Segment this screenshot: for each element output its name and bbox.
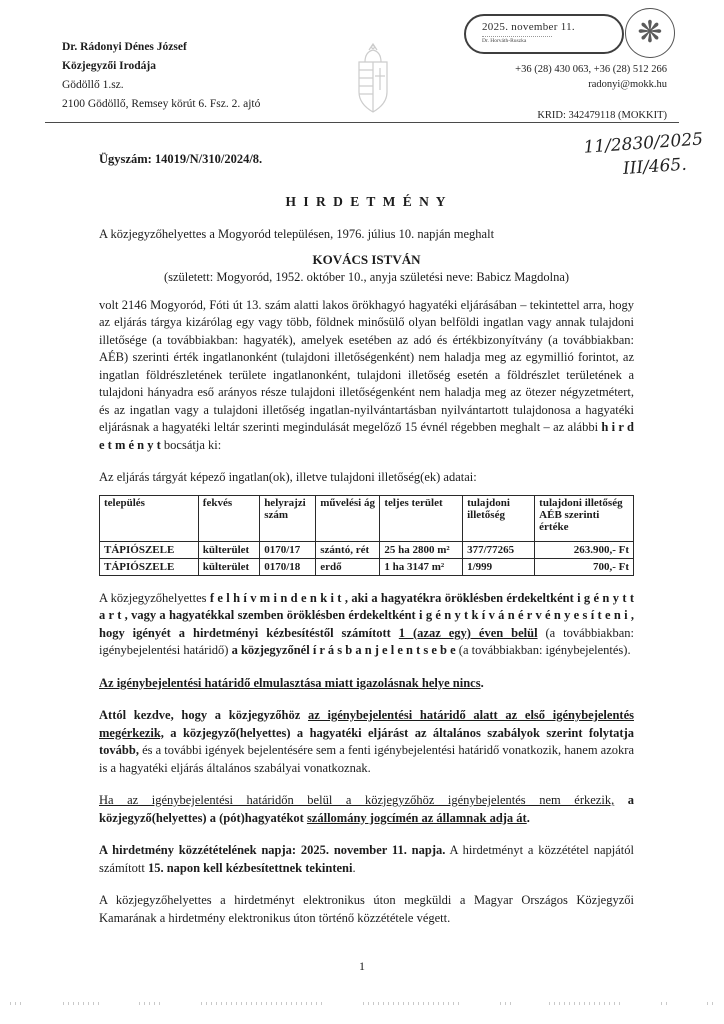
contact-block: +36 (28) 430 063, +36 (28) 512 266 radon… [515, 62, 667, 92]
text-segment: Attól kezdve, hogy a közjegyzőhöz [99, 708, 308, 722]
office-street-address: 2100 Gödöllő, Remsey körút 6. Fsz. 2. aj… [62, 95, 260, 114]
deceased-birth-details: (született: Mogyoród, 1952. október 10.,… [99, 269, 634, 287]
email-address: radonyi@mokk.hu [515, 77, 667, 92]
estate-assets-table: település fekvés helyrajzi szám művelési… [99, 495, 634, 576]
no-claim-consequence-paragraph: Ha az igénybejelentési határidőn belül a… [99, 792, 634, 827]
table-body: TÁPIÓSZELEkülterület0170/17szántó, rét25… [100, 541, 634, 575]
stamp-signer: Dr. Horváth-Ruszka [482, 36, 552, 44]
text-segment: bocsátja ki: [161, 438, 221, 452]
document-body: Ügyszám: 14019/N/310/2024/8. H I R D E T… [99, 152, 634, 927]
text-segment: aki a hagyatékra öröklésben érdekeltként [351, 591, 577, 605]
text-segment: volt 2146 Mogyoród, Fóti út 13. szám ala… [99, 298, 634, 435]
text-segment: és a további igények bejelentésére sem a… [99, 743, 634, 775]
text-segment: i g é n y t k í v á n é r v é n y e s í … [419, 608, 634, 622]
text-segment: f e l h í v m i n d e n k i t , [210, 591, 351, 605]
text-segment: hogy igényét a hirdetményi kézbesítéstől… [99, 626, 399, 640]
office-name: Közjegyzői Irodája [62, 57, 260, 76]
text-segment: Az igénybejelentési határidő elmulasztás… [99, 676, 481, 690]
col-header-settlement: település [100, 495, 199, 541]
procedure-background-paragraph: volt 2146 Mogyoród, Fóti út 13. szám ala… [99, 297, 634, 455]
date-stamp: 2025. november 11. Dr. Horváth-Ruszka [464, 14, 624, 54]
col-header-aeb-value: tulajdoni illetőség AÉB szerinti értéke [535, 495, 634, 541]
text-segment: Ha az igénybejelentési határidőn belül a… [99, 793, 614, 807]
electronic-publication-paragraph: A közjegyzőhelyettes a hirdetményt elekt… [99, 892, 634, 927]
table-cell: 700,- Ft [535, 558, 634, 575]
notary-name: Dr. Rádonyi Dénes József [62, 38, 260, 57]
text-segment: . [352, 861, 355, 875]
deadline-warning-paragraph: Az igénybejelentési határidő elmulasztás… [99, 675, 634, 693]
table-cell: külterület [198, 541, 259, 558]
text-segment: a közjegyzőnél [232, 643, 313, 657]
page-number: 1 [0, 959, 724, 974]
table-cell: 25 ha 2800 m² [380, 541, 463, 558]
table-row: TÁPIÓSZELEkülterület0170/18erdő1 ha 3147… [100, 558, 634, 575]
assets-table-intro: Az eljárás tárgyát képező ingatlan(ok), … [99, 469, 634, 487]
table-cell: 1 ha 3147 m² [380, 558, 463, 575]
table-cell: 0170/17 [260, 541, 316, 558]
table-header-row: település fekvés helyrajzi szám művelési… [100, 495, 634, 541]
text-segment: (a továbbiakban: igénybejelentés). [459, 643, 631, 657]
scanned-document-page: Dr. Rádonyi Dénes József Közjegyzői Irod… [0, 0, 724, 1024]
table-cell: TÁPIÓSZELE [100, 541, 199, 558]
table-cell: 377/77265 [463, 541, 535, 558]
col-header-ownership-share: tulajdoni illetőség [463, 495, 535, 541]
text-segment: A hirdetmény közzétételének napja: 2025.… [99, 843, 445, 857]
col-header-total-area: teljes terület [380, 495, 463, 541]
col-header-parcel-number: helyrajzi szám [260, 495, 316, 541]
table-cell: 0170/18 [260, 558, 316, 575]
table-cell: erdő [316, 558, 380, 575]
scan-artifact-marks [10, 1001, 714, 1006]
phone-numbers: +36 (28) 430 063, +36 (28) 512 266 [515, 62, 667, 77]
procedure-continuation-paragraph: Attól kezdve, hogy a közjegyzőhöz az igé… [99, 707, 634, 777]
office-district: Gödöllő 1.sz. [62, 76, 260, 95]
publication-date-paragraph: A hirdetmény közzétételének napja: 2025.… [99, 842, 634, 877]
text-segment: szállomány jogcímén az államnak adja át [307, 811, 527, 825]
document-title: H I R D E T M É N Y [99, 194, 634, 210]
notary-seal-icon: ❋ [625, 8, 675, 58]
deceased-intro-line: A közjegyzőhelyettes a Mogyoród települé… [99, 226, 634, 244]
text-segment: 1 (azaz egy) éven belül [399, 626, 538, 640]
krid-identifier: KRID: 342479118 (MOKKIT) [537, 110, 667, 121]
table-row: TÁPIÓSZELEkülterület0170/17szántó, rét25… [100, 541, 634, 558]
claim-call-paragraph: A közjegyzőhelyettes f e l h í v m i n d… [99, 590, 634, 660]
col-header-cultivation: művelési ág [316, 495, 380, 541]
deceased-name: KOVÁCS ISTVÁN [99, 251, 634, 269]
hungarian-coat-of-arms-icon [345, 40, 401, 123]
table-cell: szántó, rét [316, 541, 380, 558]
text-segment: A közjegyzőhelyettes [99, 591, 210, 605]
text-segment: í r á s b a n j e l e n t s e b e [313, 643, 459, 657]
table-cell: TÁPIÓSZELE [100, 558, 199, 575]
text-segment: . [527, 811, 530, 825]
table-cell: külterület [198, 558, 259, 575]
letterhead: Dr. Rádonyi Dénes József Közjegyzői Irod… [45, 0, 679, 123]
text-segment: vagy [131, 608, 159, 622]
table-cell: 263.900,- Ft [535, 541, 634, 558]
col-header-location: fekvés [198, 495, 259, 541]
seal-rosette-glyph: ❋ [637, 18, 662, 48]
notary-office-address: Dr. Rádonyi Dénes József Közjegyzői Irod… [62, 38, 260, 114]
table-cell: 1/999 [463, 558, 535, 575]
text-segment: a hagyatékkal szemben öröklésben érdekel… [159, 608, 419, 622]
text-segment: . [481, 676, 484, 690]
text-segment: 15. napon kell kézbesítettnek tekinteni [148, 861, 353, 875]
case-number: Ügyszám: 14019/N/310/2024/8. [99, 152, 634, 167]
stamp-date: 2025. november 11. [482, 21, 610, 33]
